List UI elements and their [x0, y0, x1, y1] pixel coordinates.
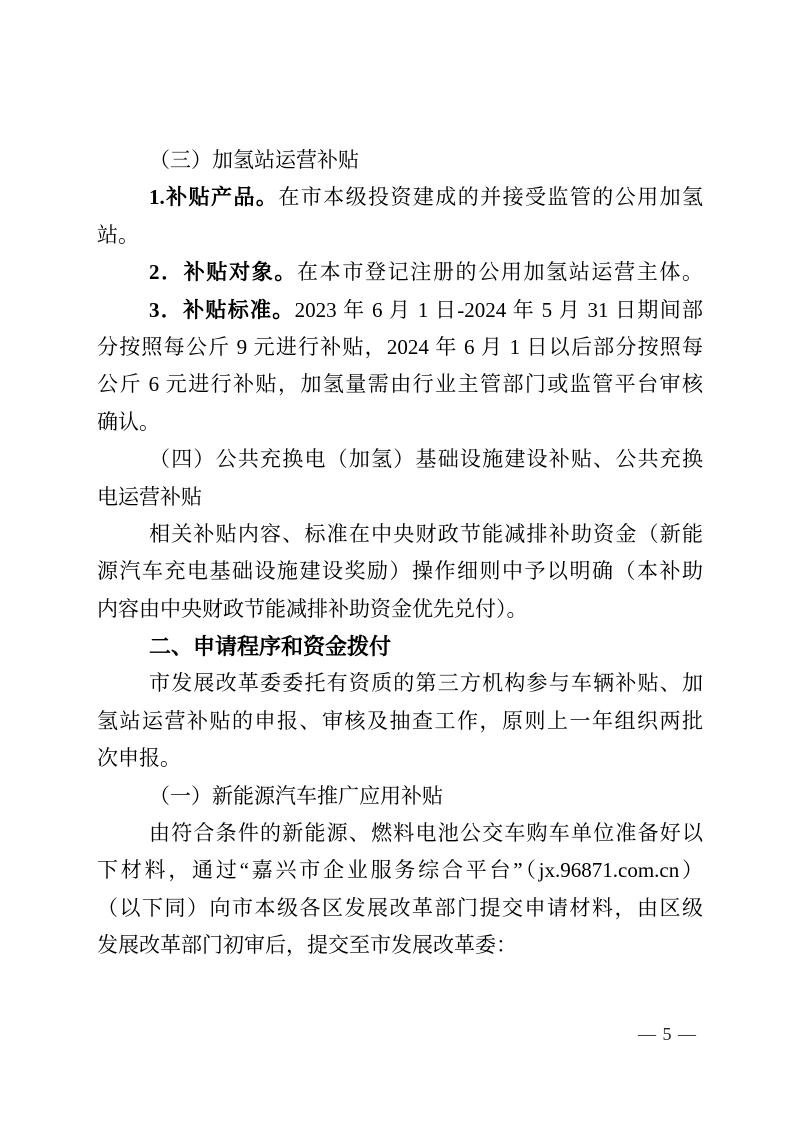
text-run: 3．补贴标准。 [149, 298, 295, 322]
text-run: 2．补贴对象。 [149, 260, 297, 284]
text-run: 相关补贴内容、标准在中央财政节能减排补助资金（新能 [149, 522, 703, 546]
text-run: 二、申请程序和资金拨付 [149, 634, 391, 659]
text-line: 氢站运营补贴的申报、审核及抽查工作，原则上一年组织两批 [97, 703, 703, 740]
text-line: 二、申请程序和资金拨付 [97, 628, 703, 665]
text-line: （四）公共充换电（加氢）基础设施建设补贴、公共充换 [97, 441, 703, 478]
text-line: 发展改革部门初审后，提交至市发展改革委： [97, 927, 703, 964]
text-line: （三）加氢站运营补贴 [97, 142, 703, 179]
text-run: 市发展改革委委托有资质的第三方机构参与车辆补贴、加 [149, 671, 703, 695]
text-run: 在本市登记注册的公用加氢站运营主体。 [297, 260, 703, 284]
page-number: — 5 — [638, 1022, 697, 1046]
text-line: 站。 [97, 217, 703, 254]
text-run: 在市本级投资建成的并接受监管的公用加氢 [278, 185, 703, 209]
text-line: 分按照每公斤 9 元进行补贴，2024 年 6 月 1 日以后部分按照每 [97, 329, 703, 366]
text-run: （一）新能源汽车推广应用补贴 [149, 784, 443, 808]
text-line: 1.补贴产品。在市本级投资建成的并接受监管的公用加氢 [97, 179, 703, 216]
document-page: （三）加氢站运营补贴1.补贴产品。在市本级投资建成的并接受监管的公用加氢站。2．… [0, 0, 794, 1123]
text-run: 源汽车充电基础设施建设奖励）操作细则中予以明确（本补助 [97, 559, 703, 583]
text-run: （三）加氢站运营补贴 [149, 148, 359, 172]
text-line: 下材料，通过“嘉兴市企业服务综合平台”（jx.96871.com.cn） [97, 852, 703, 889]
text-line: 确认。 [97, 404, 703, 441]
text-line: 电运营补贴 [97, 479, 703, 516]
text-run: 确认。 [97, 410, 160, 434]
text-run: 内容由中央财政节能减排补助资金优先兑付）。 [97, 597, 528, 621]
text-run: 站。 [97, 223, 139, 247]
text-line: 次申报。 [97, 740, 703, 777]
text-run: 电运营补贴 [97, 485, 202, 509]
text-line: 公斤 6 元进行补贴，加氢量需由行业主管部门或监管平台审核 [97, 366, 703, 403]
text-line: 由符合条件的新能源、燃料电池公交车购车单位准备好以 [97, 815, 703, 852]
text-line: 相关补贴内容、标准在中央财政节能减排补助资金（新能 [97, 516, 703, 553]
text-line: 内容由中央财政节能减排补助资金优先兑付）。 [97, 591, 703, 628]
text-line: （一）新能源汽车推广应用补贴 [97, 778, 703, 815]
text-run: 1.补贴产品。 [149, 185, 278, 209]
text-line: 市发展改革委委托有资质的第三方机构参与车辆补贴、加 [97, 665, 703, 702]
text-run: 下材料，通过“嘉兴市企业服务综合平台”（jx.96871.com.cn） [97, 858, 703, 882]
text-line: 3．补贴标准。2023 年 6 月 1 日-2024 年 5 月 31 日期间部 [97, 292, 703, 329]
text-line: （以下同）向市本级各区发展改革部门提交申请材料，由区级 [97, 890, 703, 927]
text-run: （四）公共充换电（加氢）基础设施建设补贴、公共充换 [149, 447, 703, 471]
text-run: 由符合条件的新能源、燃料电池公交车购车单位准备好以 [149, 821, 703, 845]
text-line: 2．补贴对象。在本市登记注册的公用加氢站运营主体。 [97, 254, 703, 291]
text-line: 源汽车充电基础设施建设奖励）操作细则中予以明确（本补助 [97, 553, 703, 590]
text-run: 2023 年 6 月 1 日-2024 年 5 月 31 日期间部 [295, 298, 703, 322]
text-run: 分按照每公斤 9 元进行补贴，2024 年 6 月 1 日以后部分按照每 [97, 335, 703, 359]
text-run: 公斤 6 元进行补贴，加氢量需由行业主管部门或监管平台审核 [97, 372, 703, 396]
text-run: （以下同）向市本级各区发展改革部门提交申请材料，由区级 [97, 896, 703, 920]
document-body: （三）加氢站运营补贴1.补贴产品。在市本级投资建成的并接受监管的公用加氢站。2．… [97, 142, 703, 965]
text-run: 次申报。 [97, 746, 181, 770]
text-run: 发展改革部门初审后，提交至市发展改革委： [97, 933, 517, 957]
text-run: 氢站运营补贴的申报、审核及抽查工作，原则上一年组织两批 [97, 709, 703, 733]
